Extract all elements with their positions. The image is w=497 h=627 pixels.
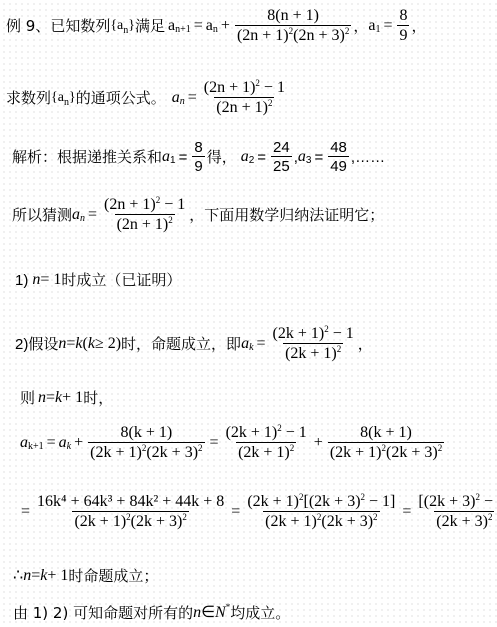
satisfy-text: 满足 <box>135 19 165 34</box>
therefore-symbol: ∴ <box>13 568 23 584</box>
analysis-line: 解析：根据递推关系和 a1 = 89 得， a2 = 2425 , a3 = 4… <box>12 140 385 174</box>
sequence-symbol: {an} <box>51 91 76 105</box>
step-1: 1) n = 1 时成立（已证明） <box>15 272 181 288</box>
analysis-label: 解析：根据递推关系和 <box>12 150 162 165</box>
example-label: 例 9、 <box>6 19 50 34</box>
example-statement: 例 9、 已知数列 {an} 满足 an+1 = an + 8(n + 1) (… <box>6 8 426 44</box>
initial-value: a1 = 89 <box>368 8 411 44</box>
recurrence-formula: an+1 = an + 8(n + 1) (2n + 1)2(2n + 3)2 <box>168 8 353 44</box>
step-2: 2) 假设 n = k ( k ≥ 2) 时，命题成立，即 ak = (2k +… <box>15 326 373 362</box>
question-line: 求数列 {an} 的通项公式。 an = (2n + 1)2 − 1 (2n +… <box>6 80 289 116</box>
analysis-values: a1 = 89 得， a2 = 2425 , a3 = 4849 ,…… <box>162 140 385 174</box>
answer-formula: an = (2n + 1)2 − 1 (2n + 1)2 <box>172 80 289 116</box>
then-line: 则 n = k + 1 时， <box>20 390 113 406</box>
step-label: 1) <box>15 273 28 288</box>
hypothesis-formula: ak = (2k + 1)2 − 1 (2k + 1)2 <box>241 326 358 362</box>
step-label: 2) <box>15 337 28 352</box>
conclusion-line-1: ∴ n = k + 1 时命题成立； <box>13 568 158 584</box>
guess-line: 所以猜测 an = (2n + 1)2 − 1 (2n + 1)2 ，下面用数学… <box>12 197 384 233</box>
recurrence-fraction: 8(n + 1) (2n + 1)2(2n + 3)2 <box>235 8 351 44</box>
guess-formula: an = (2n + 1)2 − 1 (2n + 1)2 <box>72 197 189 233</box>
given-text: 已知数列 <box>50 19 110 34</box>
derivation-line-1: ak+1 = ak + 8(k + 1) (2k + 1)2(2k + 3)2 … <box>20 425 446 461</box>
sequence-symbol: {an} <box>110 19 135 33</box>
derivation-line-2: = 16k⁴ + 64k³ + 84k² + 44k + 8 (2k + 1)2… <box>18 494 497 530</box>
conclusion-line-2: 由 1) 2) 可知命题对所有的 n ∈ N* 均成立。 <box>13 605 290 621</box>
question-text: 求数列 <box>6 91 51 106</box>
